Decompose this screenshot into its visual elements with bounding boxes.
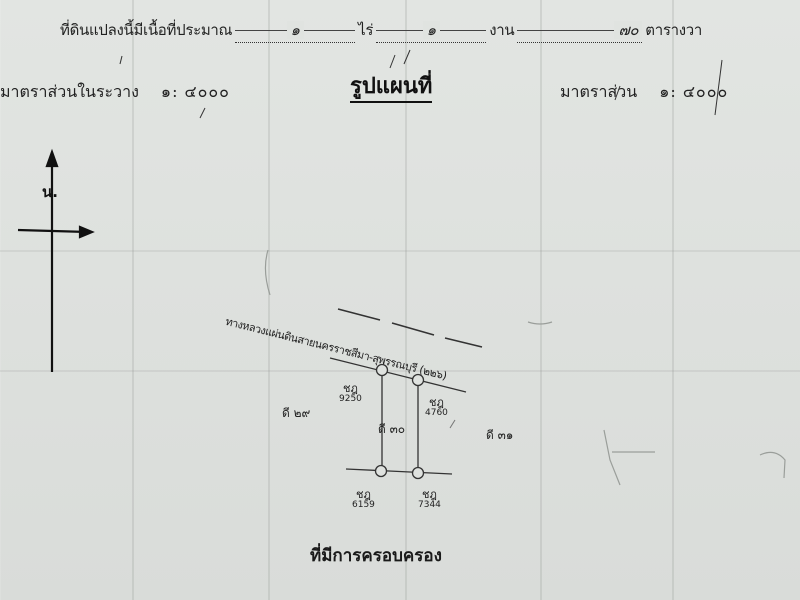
possession-caption: ที่มีการครอบครอง — [310, 542, 442, 569]
deed-number: 6159 — [352, 500, 375, 510]
deed-prefix: ชฎ — [425, 398, 448, 408]
neighbor-south-right: ชฎ 7344 — [418, 490, 441, 510]
deed-prefix: ชฎ — [352, 490, 375, 500]
map-drawing — [0, 0, 800, 600]
deed-number: 9250 — [339, 394, 362, 404]
deed-number: 7344 — [418, 500, 441, 510]
neighbor-south-left: ชฎ 6159 — [352, 490, 375, 510]
neighbor-west-label: ดี ๒๙ — [282, 404, 310, 423]
deed-number: 4760 — [425, 408, 448, 418]
neighbor-north-left: ชฎ 9250 — [339, 384, 362, 404]
north-label: น. — [42, 180, 58, 204]
deed-prefix: ชฎ — [339, 384, 362, 394]
parcel-label: ดี ๓๐ — [378, 420, 405, 439]
neighbor-north-right: ชฎ 4760 — [425, 398, 448, 418]
pencil-marks — [265, 250, 785, 485]
neighbor-east-label: ดี ๓๑ — [486, 426, 513, 445]
deed-prefix: ชฎ — [418, 490, 441, 500]
road-edge-dashes — [338, 309, 482, 347]
